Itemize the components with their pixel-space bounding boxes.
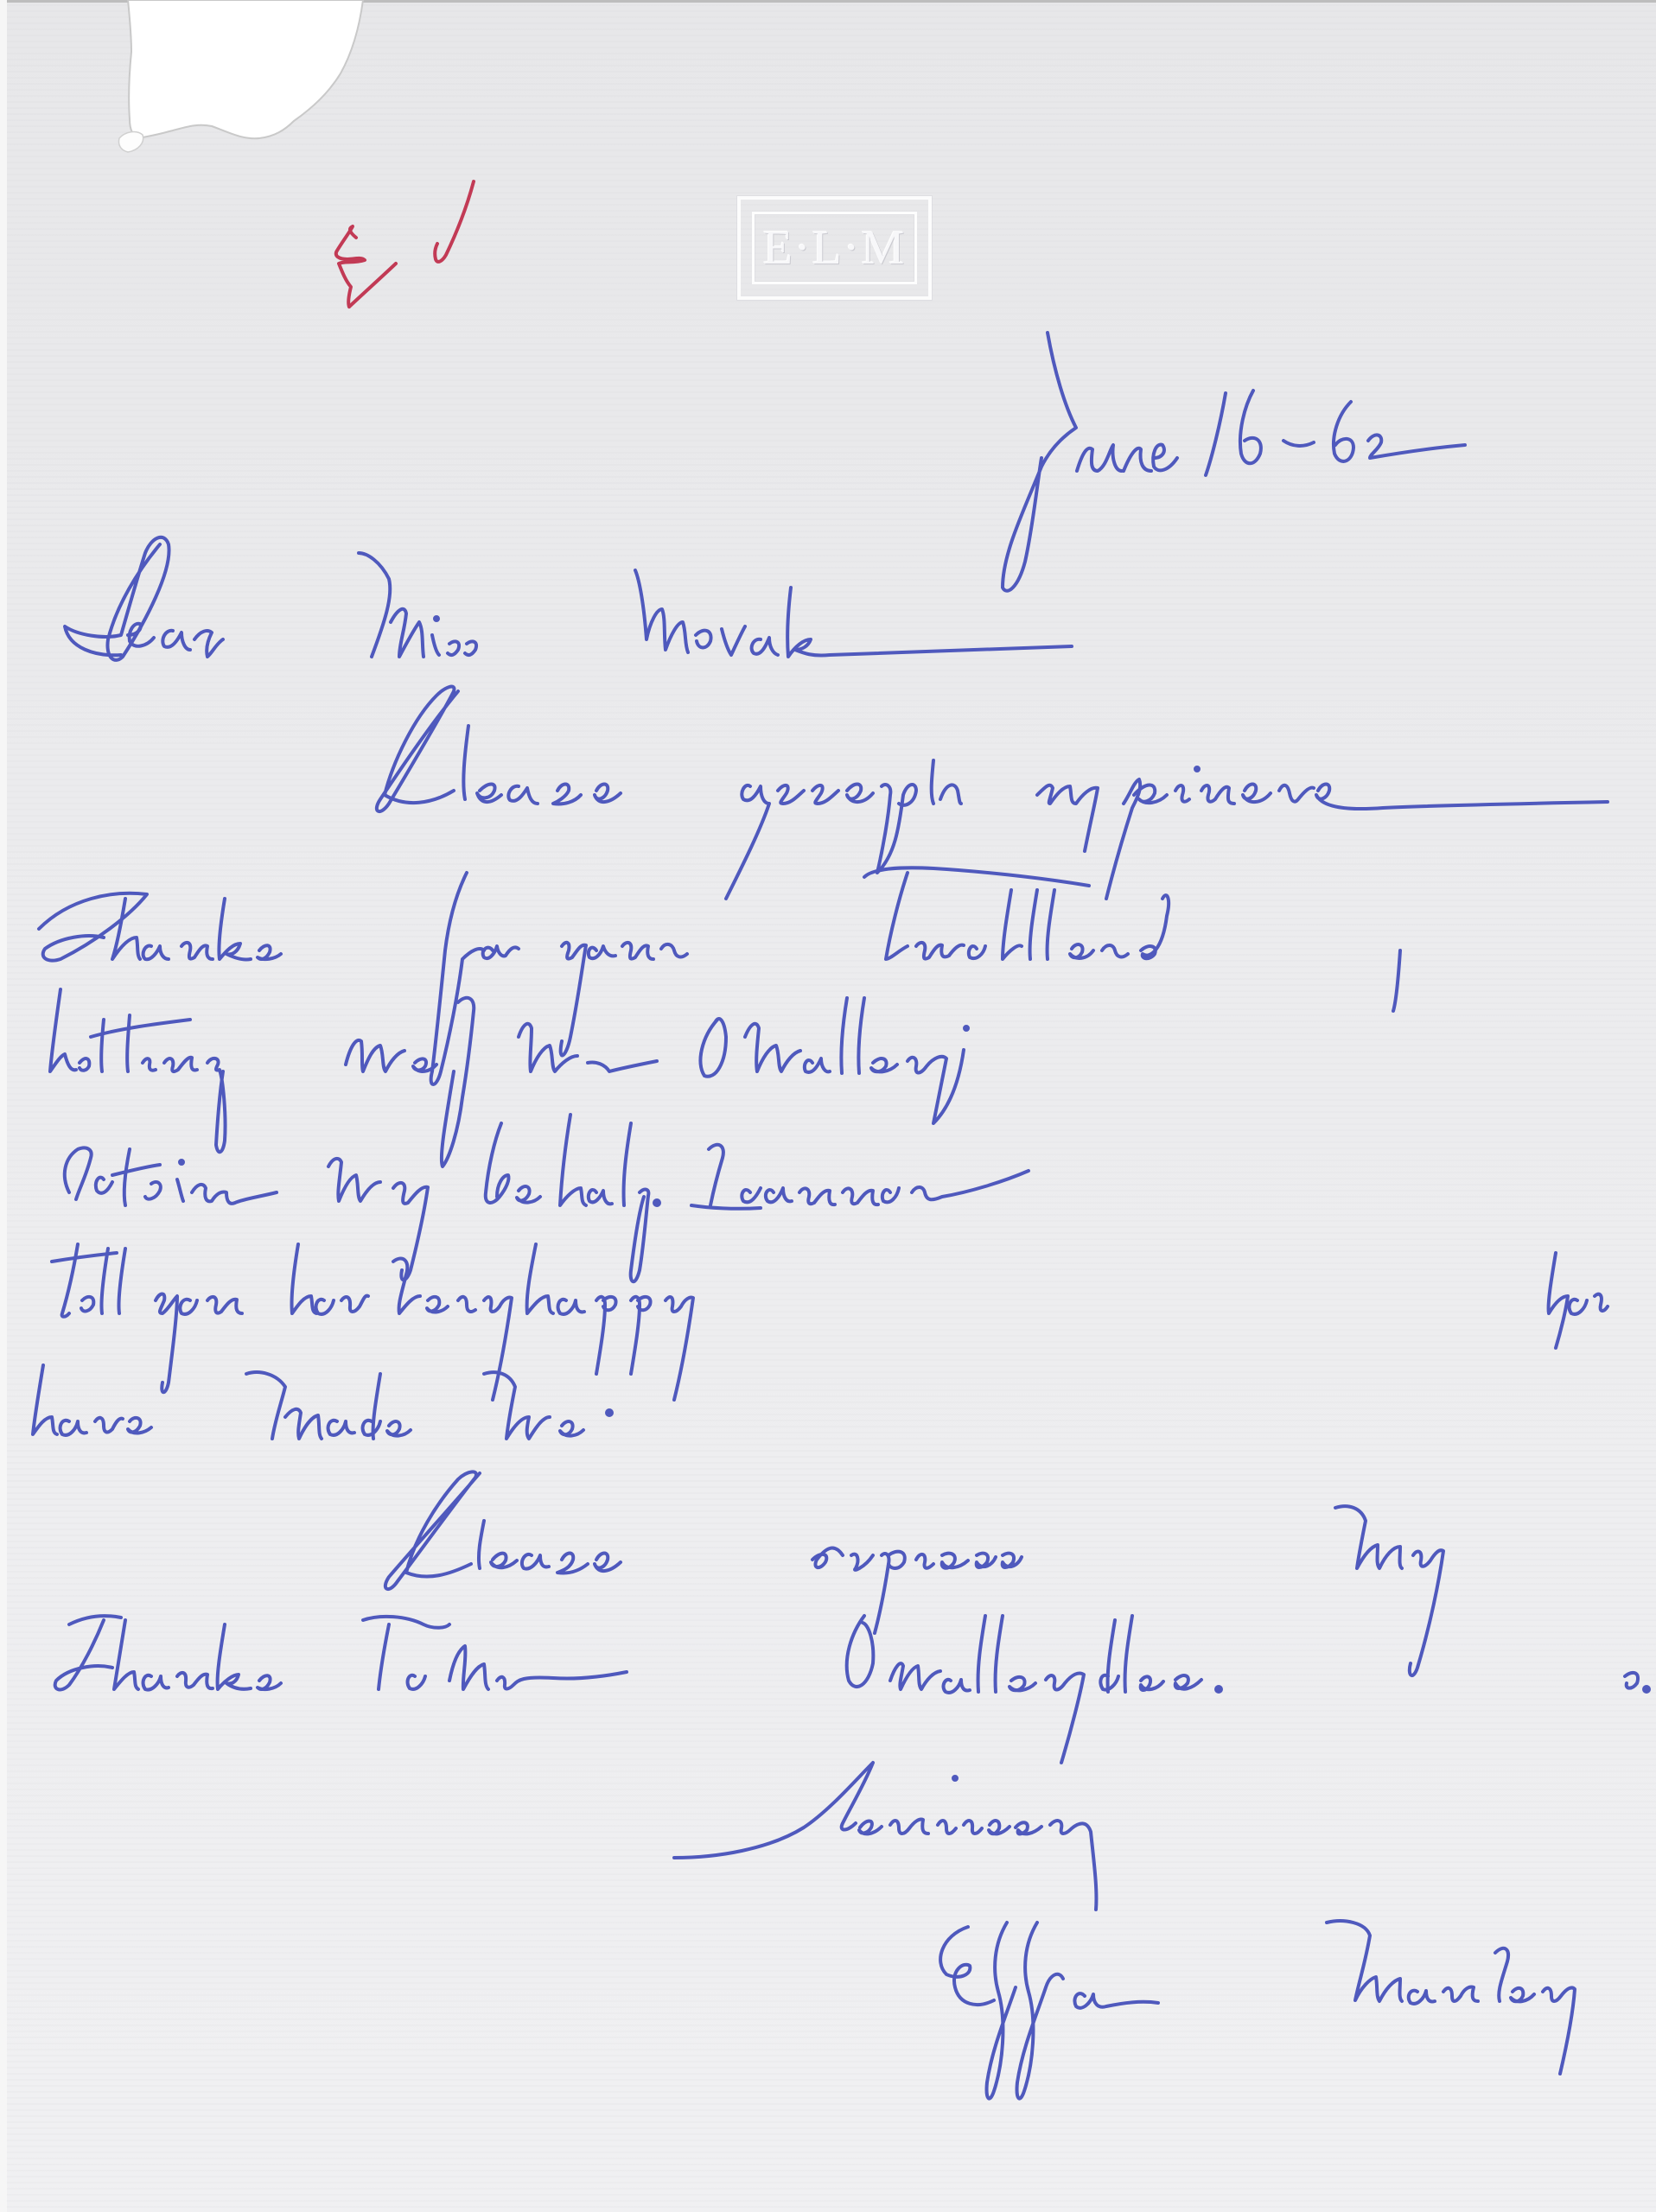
letter-paper: E·L·M — [0, 0, 1656, 2212]
handwriting-strokes — [0, 0, 1656, 2212]
